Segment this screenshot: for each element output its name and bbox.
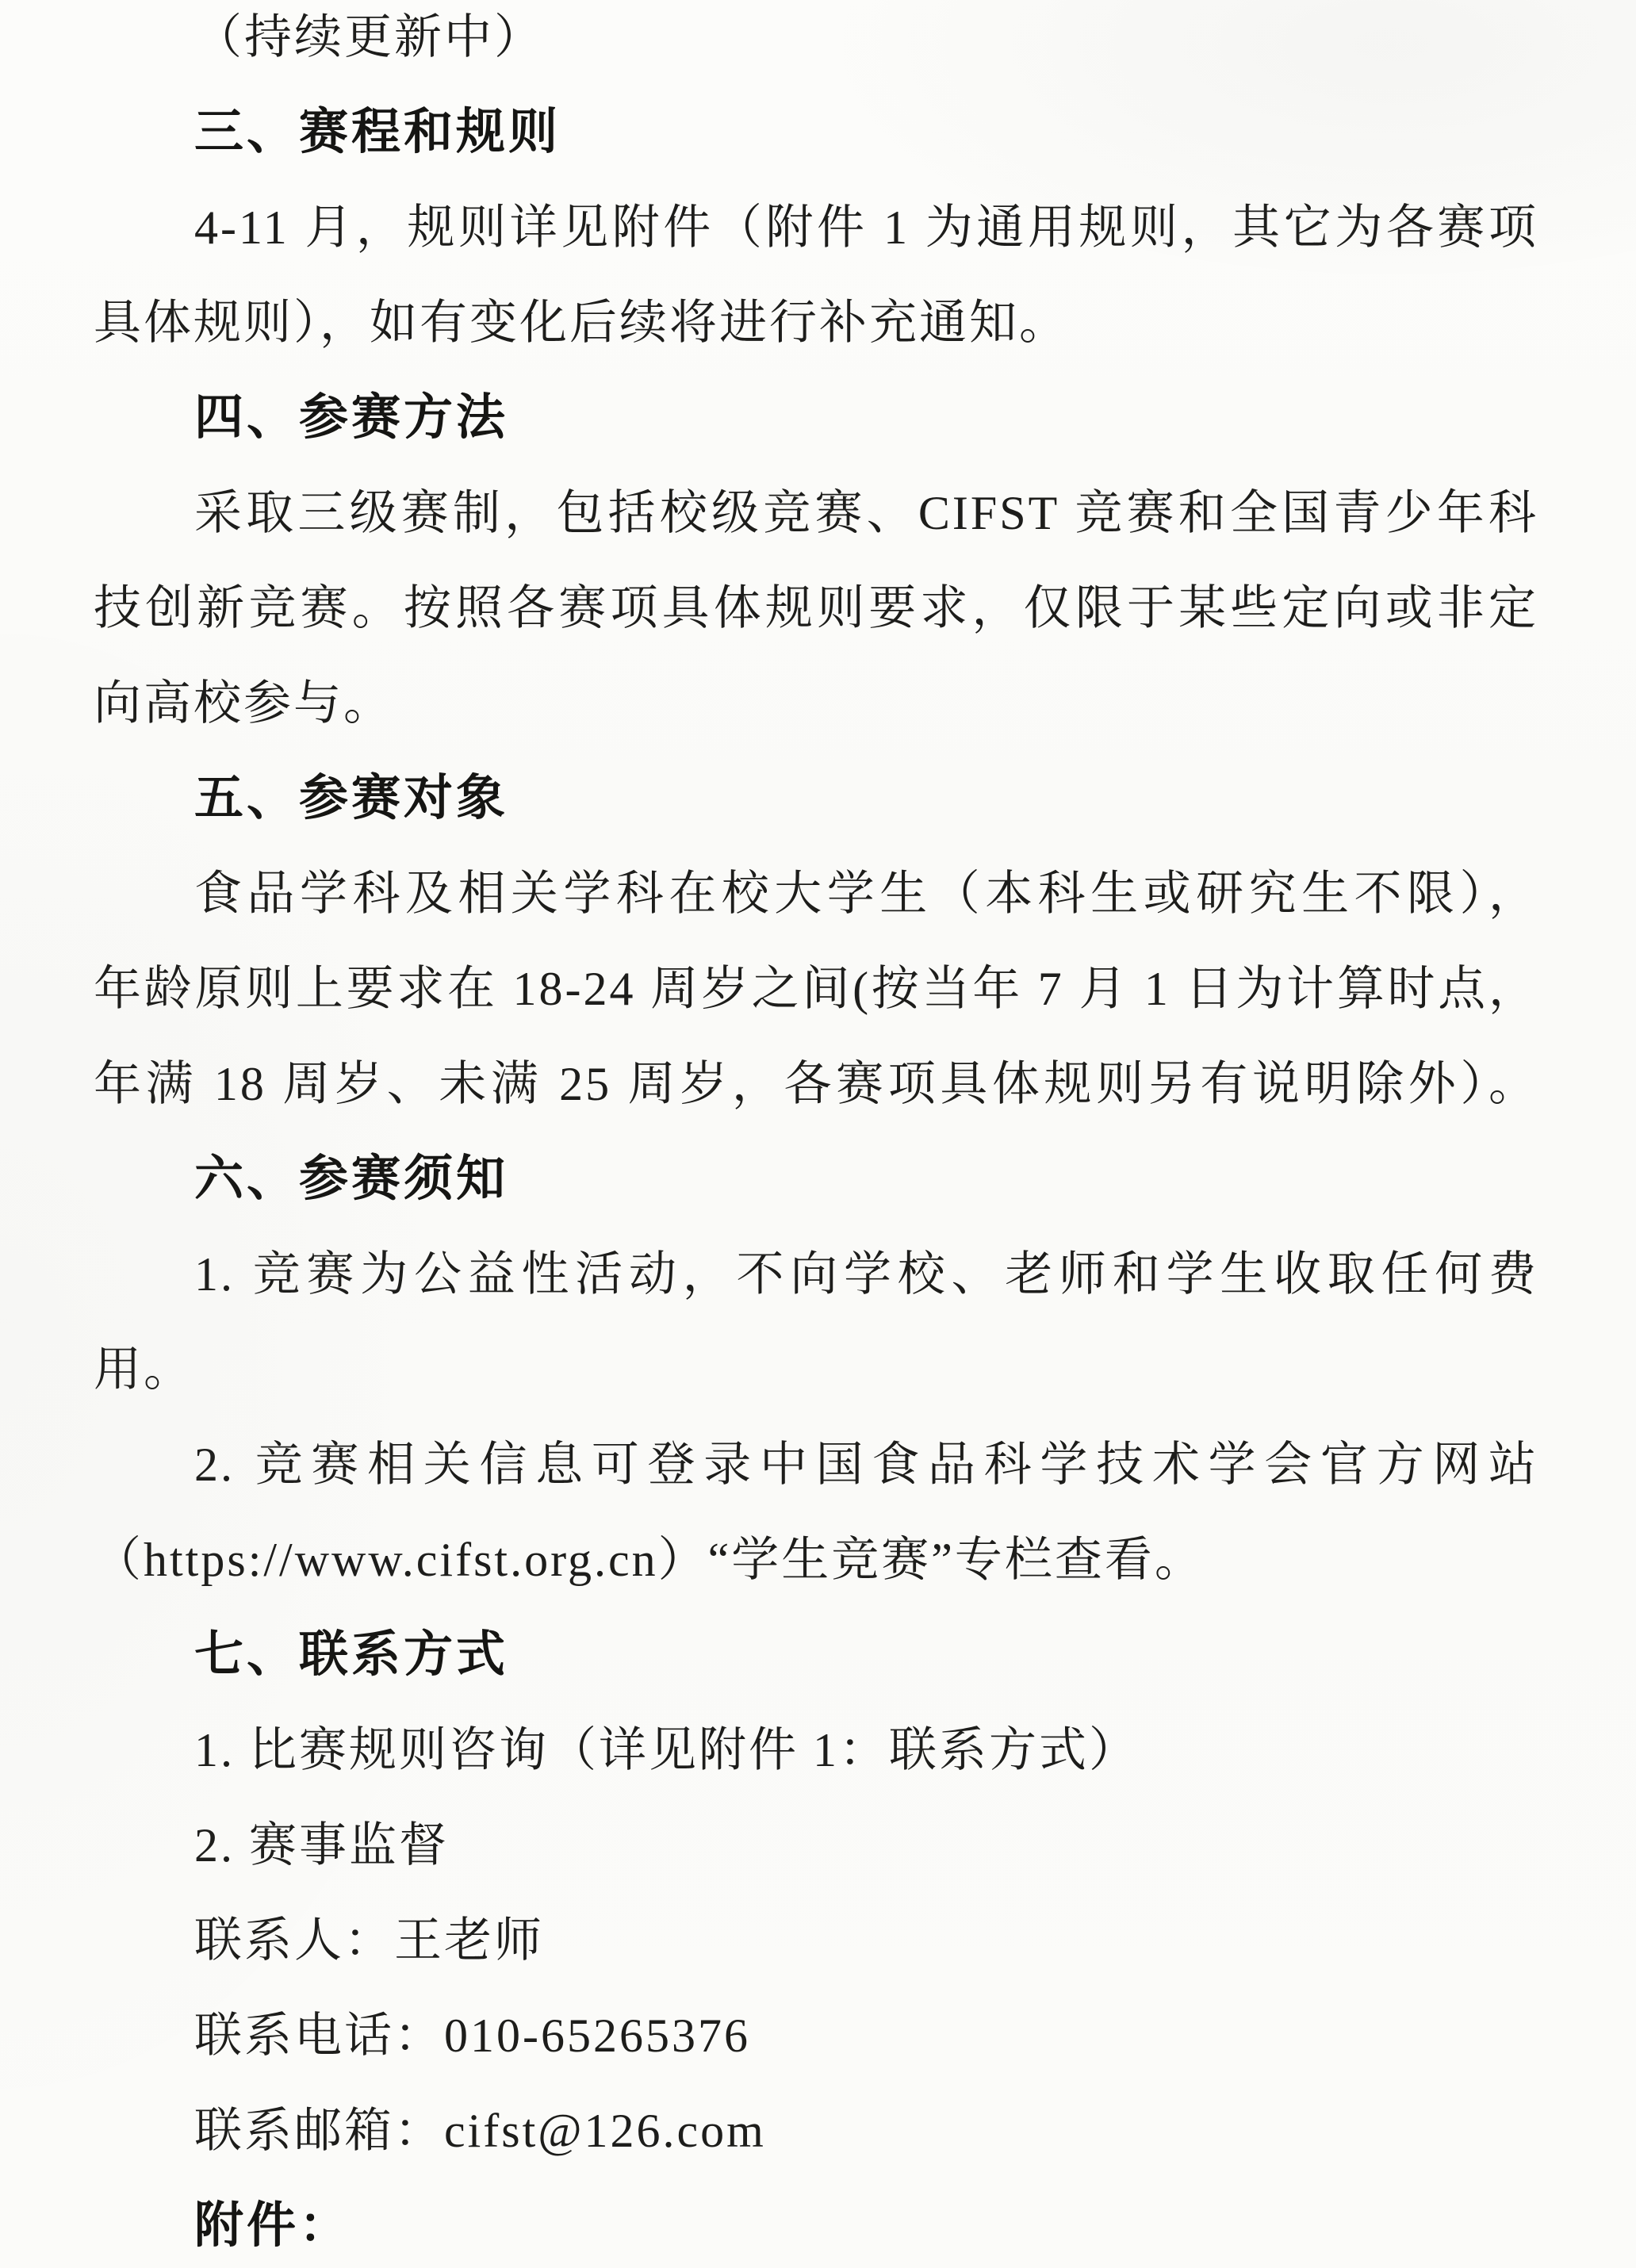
doc-line-sec5-para-l1: 食品学科及相关学科在校大学生（本科生或研究生不限）， [94, 846, 1538, 941]
doc-line-sec3-para-l1: 4-11 月，规则详见附件（附件 1 为通用规则，其它为各赛项 [94, 180, 1538, 275]
section-heading-5: 五、参赛对象 [94, 751, 1538, 846]
document-text-block: （持续更新中） 三、赛程和规则 4-11 月，规则详见附件（附件 1 为通用规则… [94, 0, 1538, 2268]
doc-line-sec6-item2-l2: （https://www.cifst.org.cn）“学生竞赛”专栏查看。 [94, 1512, 1538, 1607]
doc-line-sec7-item1: 1. 比赛规则咨询（详见附件 1：联系方式） [94, 1703, 1538, 1798]
doc-line-sec6-item1-l2: 用。 [94, 1322, 1538, 1417]
scanned-document-page: （持续更新中） 三、赛程和规则 4-11 月，规则详见附件（附件 1 为通用规则… [0, 0, 1636, 2268]
attachment-label-line: 附件： [94, 2178, 1538, 2268]
doc-line-sec5-para-l3: 年满 18 周岁、未满 25 周岁，各赛项具体规则另有说明除外）。 [94, 1036, 1538, 1132]
contact-phone-line: 联系电话：010-65265376 [94, 1988, 1538, 2083]
doc-line-sec6-item1-l1: 1. 竞赛为公益性活动，不向学校、老师和学生收取任何费 [94, 1227, 1538, 1322]
doc-line-sec6-item2-l1: 2. 竞赛相关信息可登录中国食品科学技术学会官方网站 [94, 1417, 1538, 1512]
doc-line-sec4-para-l3: 向高校参与。 [94, 656, 1538, 751]
contact-person-line: 联系人：王老师 [94, 1893, 1538, 1988]
doc-line-sec7-item2: 2. 赛事监督 [94, 1798, 1538, 1893]
section-heading-4: 四、参赛方法 [94, 370, 1538, 465]
doc-line-sec4-para-l1: 采取三级赛制，包括校级竞赛、CIFST 竞赛和全国青少年科 [94, 465, 1538, 561]
section-heading-6: 六、参赛须知 [94, 1132, 1538, 1227]
section-heading-3: 三、赛程和规则 [94, 85, 1538, 180]
contact-email-line: 联系邮箱：cifst@126.com [94, 2083, 1538, 2178]
section-heading-7: 七、联系方式 [94, 1607, 1538, 1703]
doc-line-sec4-para-l2: 技创新竞赛。按照各赛项具体规则要求，仅限于某些定向或非定 [94, 561, 1538, 656]
doc-line-sec3-para-l2: 具体规则），如有变化后续将进行补充通知。 [94, 275, 1538, 370]
doc-line-note-updating: （持续更新中） [94, 0, 1538, 85]
doc-line-sec5-para-l2: 年龄原则上要求在 18-24 周岁之间(按当年 7 月 1 日为计算时点， [94, 941, 1538, 1036]
